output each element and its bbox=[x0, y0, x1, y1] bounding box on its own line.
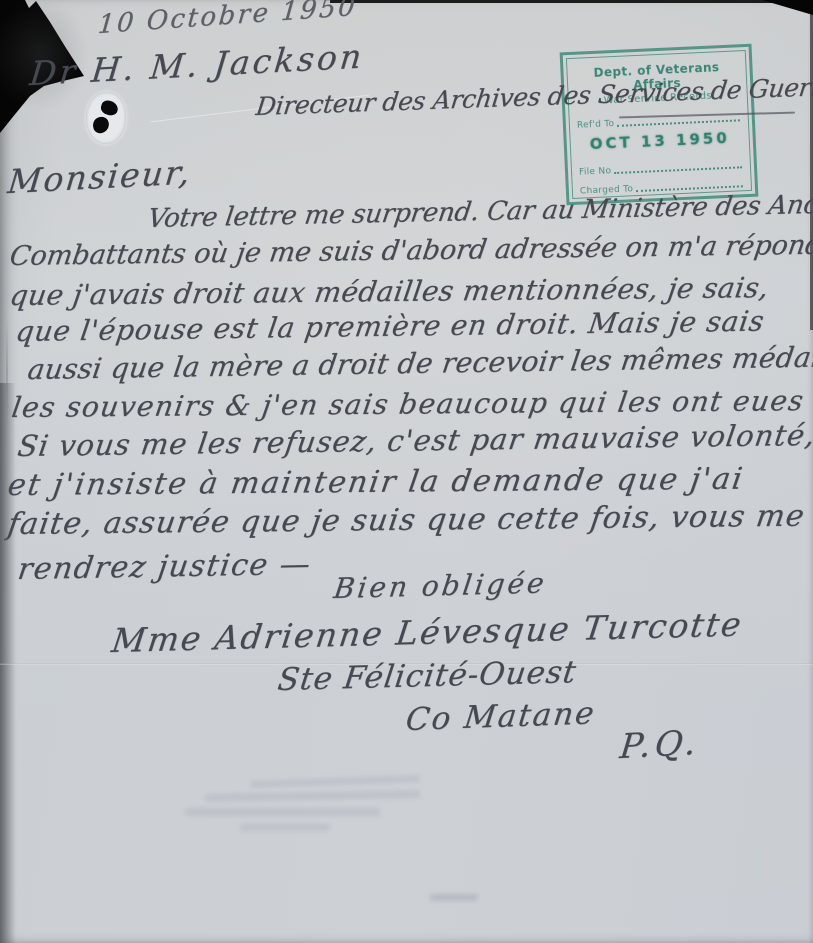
dotted-leader bbox=[617, 118, 740, 127]
signature-county: Co Matane bbox=[404, 695, 598, 738]
body-line: et j'insiste à maintenir la demande que … bbox=[5, 462, 746, 503]
scanned-letter-page: Dept. of Veterans Affairs War Service Re… bbox=[0, 0, 813, 943]
stamp-file-row: File No bbox=[579, 160, 743, 177]
veterans-affairs-received-stamp: Dept. of Veterans Affairs War Service Re… bbox=[560, 44, 759, 206]
body-line: les souvenirs & j'en sais beaucoup qui l… bbox=[10, 384, 807, 424]
stamp-file-label: File No bbox=[579, 166, 612, 177]
scan-top-edge bbox=[330, 0, 813, 3]
stamp-date-received: OCT 13 1950 bbox=[577, 128, 742, 153]
dotted-leader bbox=[614, 165, 742, 174]
punch-hole bbox=[86, 92, 126, 144]
closing-phrase: Bien obligée bbox=[332, 566, 549, 605]
signature-province: P.Q. bbox=[618, 723, 702, 767]
stamp-refd-label: Ref'd To bbox=[577, 119, 615, 131]
ink-bleedthrough bbox=[185, 808, 380, 816]
stamp-inner-border: Dept. of Veterans Affairs War Service Re… bbox=[566, 50, 752, 199]
fold-crease-vertical bbox=[6, 318, 8, 428]
ink-bleedthrough bbox=[240, 824, 330, 831]
body-line: rendrez justice — bbox=[16, 547, 314, 587]
ink-bleedthrough bbox=[430, 894, 478, 901]
